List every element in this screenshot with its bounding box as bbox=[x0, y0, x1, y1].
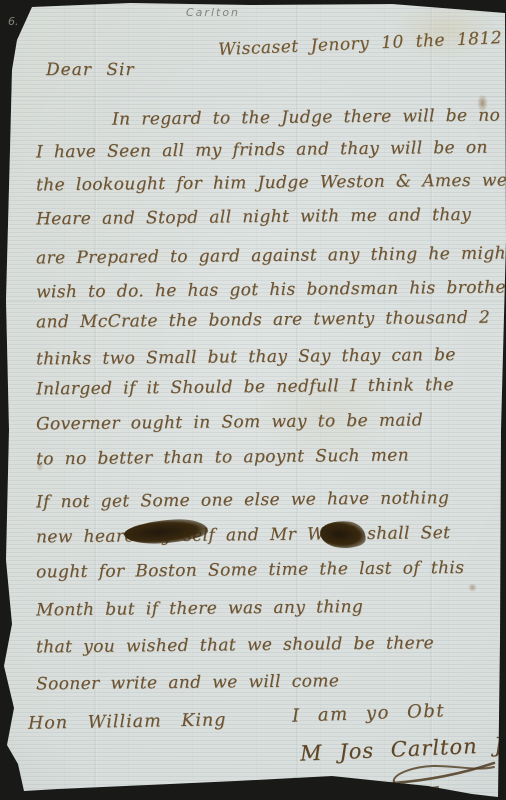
letter-paper: Carlton Wiscaset Jenory 10 the 1812 Dear… bbox=[0, 0, 506, 800]
scan-vignette bbox=[0, 0, 506, 800]
pencil-folio-number: 6. bbox=[8, 15, 19, 28]
scanned-letter: 6. Carlton Wiscaset Jenory 10 the 1812 D… bbox=[0, 0, 506, 800]
